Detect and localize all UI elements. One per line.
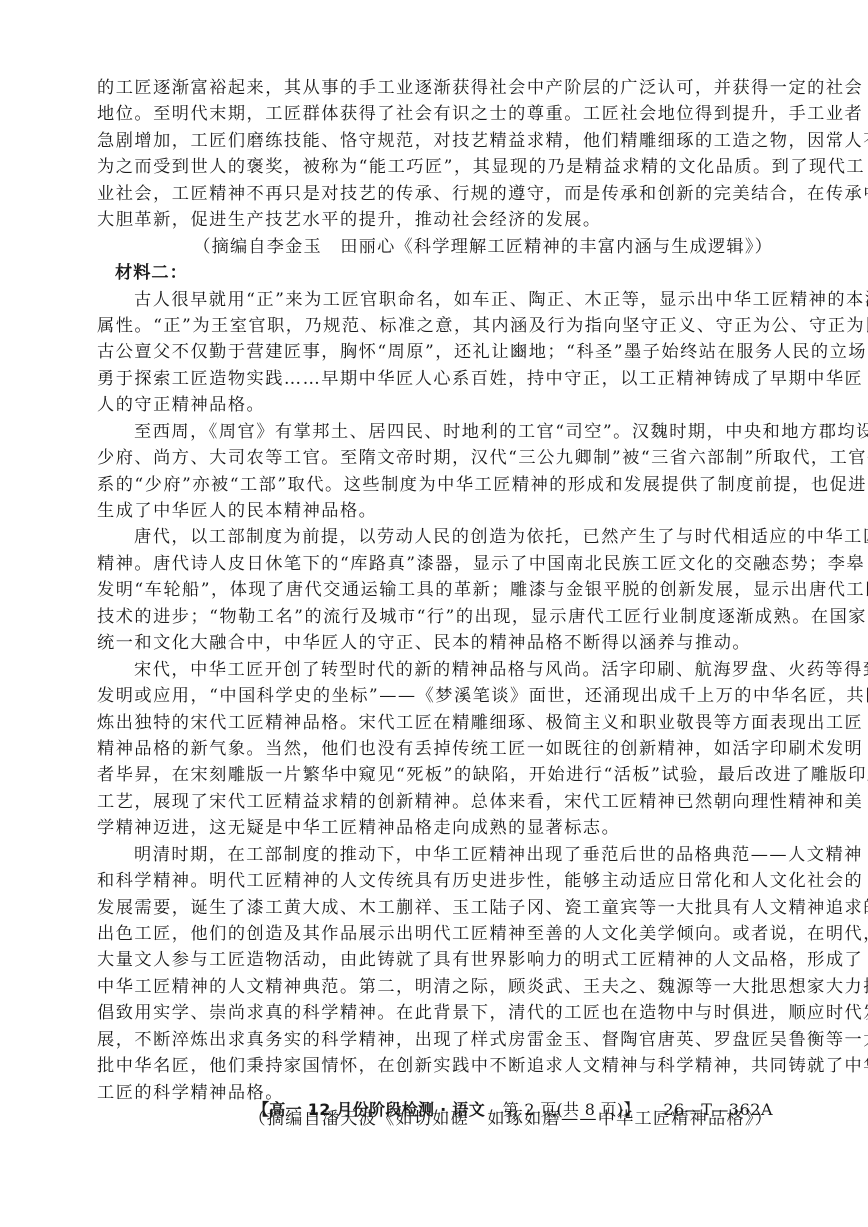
- text-line: 生成了中华匠人的民本精神品格。: [97, 498, 773, 524]
- text-line: 属性。“正”为王室官职，乃规范、标准之意，其内涵及行为指向坚守正义、守正为公、守…: [97, 313, 773, 339]
- text-line: 发展需要，诞生了漆工黄大成、木工蒯祥、玉工陆子冈、瓷工童宾等一大批具有人文精神追…: [97, 895, 773, 921]
- text-line: 地位。至明代末期，工匠群体获得了社会有识之士的尊重。工匠社会地位得到提升，手工业…: [97, 101, 773, 127]
- text-line: 和科学精神。明代工匠精神的人文传统具有历史进步性，能够主动适应日常化和人文化社会…: [97, 868, 773, 894]
- text-line: 古公亶父不仅勤于营建匠事，胸怀“周原”，还礼让豳地；“科圣”墨子始终站在服务人民…: [97, 339, 773, 365]
- source-attribution: （摘编自李金玉 田丽心《科学理解工匠精神的丰富内涵与生成逻辑》）: [97, 234, 773, 260]
- text-line: 勇于探索工匠造物实践……早期中华匠人心系百姓，持中守正，以工正精神铸成了早期中华…: [97, 366, 773, 392]
- paragraph: 明清时期，在工部制度的推动下，中华工匠精神出现了垂范后世的品格典范——人文精神 …: [97, 842, 773, 1106]
- text-line: 人的守正精神品格。: [97, 392, 773, 418]
- material-two: 材料二： 古人很早就用“正”来为工匠官职命名，如车正、陶正、木正等，显示出中华工…: [97, 260, 773, 1132]
- text-line: 系的“少府”亦被“工部”取代。这些制度为中华工匠精神的形成和发展提供了制度前提，…: [97, 472, 773, 498]
- text-line: 统一和文化大融合中，中华匠人的守正、民本的精神品格不断得以涵养与推动。: [97, 630, 773, 656]
- text-line: 出色工匠，他们的创造及其作品展示出明代工匠精神至善的人文化美学倾向。或者说，在明…: [97, 921, 773, 947]
- page-footer: 【高一 12 月份阶段检测 · 语文 第 2 页(共 8 页)】 26—T—36…: [253, 1097, 773, 1123]
- text-line: 大胆革新，促进生产技艺水平的提升，推动社会经济的发展。: [97, 207, 773, 233]
- text-line: 宋代，中华工匠开创了转型时代的新的精神品格与风尚。活字印刷、航海罗盘、火药等得到: [97, 657, 773, 683]
- text-line: 业社会，工匠精神不再只是对技艺的传承、行规的遵守，而是传承和创新的完美结合，在传…: [97, 181, 773, 207]
- text-line: 批中华名匠，他们秉持家国情怀，在创新实践中不断追求人文精神与科学精神，共同铸就了…: [97, 1053, 773, 1079]
- text-line: 工艺，展现了宋代工匠精益求精的创新精神。总体来看，宋代工匠精神已然朝向理性精神和…: [97, 789, 773, 815]
- text-line: 为之而受到世人的褒奖，被称为“能工巧匠”，其显现的乃是精益求精的文化品质。到了现…: [97, 154, 773, 180]
- text-line: 明清时期，在工部制度的推动下，中华工匠精神出现了垂范后世的品格典范——人文精神: [97, 842, 773, 868]
- text-line: 发明“车轮船”，体现了唐代交通运输工具的革新；雕漆与金银平脱的创新发展，显示出唐…: [97, 577, 773, 603]
- text-line: 技术的进步；“物勒工名”的流行及城市“行”的出现，显示唐代工匠行业制度逐渐成熟。…: [97, 604, 773, 630]
- text-line: 炼出独特的宋代工匠精神品格。宋代工匠在精雕细琢、极简主义和职业敬畏等方面表现出工…: [97, 710, 773, 736]
- exam-info: 【高一 12 月份阶段检测 · 语文 第 2 页(共 8 页)】: [253, 1097, 640, 1123]
- text-line: 急剧增加，工匠们磨练技能、恪守规范，对技艺精益求精，他们精雕细琢的工造之物，因常…: [97, 128, 773, 154]
- paragraph: 至西周，《周官》有掌邦土、居四民、时地利的工官“司空”。汉魏时期，中央和地方郡均…: [97, 419, 773, 525]
- document-page: 的工匠逐渐富裕起来，其从事的手工业逐渐获得社会中产阶层的广泛认可，并获得一定的社…: [97, 75, 773, 1133]
- material-one-tail: 的工匠逐渐富裕起来，其从事的手工业逐渐获得社会中产阶层的广泛认可，并获得一定的社…: [97, 75, 773, 260]
- text-line: 倡致用实学、崇尚求真的科学精神。在此背景下，清代的工匠也在造物中与时俱进，顺应时…: [97, 1000, 773, 1026]
- text-line: 展，不断淬炼出求真务实的科学精神，出现了样式房雷金玉、督陶官唐英、罗盘匠吴鲁衡等…: [97, 1027, 773, 1053]
- section-heading: 材料二：: [97, 260, 773, 286]
- text-line: 少府、尚方、大司农等工官。至隋文帝时期，汉代“三公九卿制”被“三省六部制”所取代…: [97, 445, 773, 471]
- text-line: 至西周，《周官》有掌邦土、居四民、时地利的工官“司空”。汉魏时期，中央和地方郡均…: [97, 419, 773, 445]
- paragraph: 宋代，中华工匠开创了转型时代的新的精神品格与风尚。活字印刷、航海罗盘、火药等得到…: [97, 657, 773, 842]
- text-line: 的工匠逐渐富裕起来，其从事的手工业逐渐获得社会中产阶层的广泛认可，并获得一定的社…: [97, 75, 773, 101]
- page-number: 第 2 页(共 8 页)】: [503, 1100, 640, 1119]
- text-line: 精神品格的新气象。当然，他们也没有丢掉传统工匠一如既往的创新精神，如活字印刷术发…: [97, 736, 773, 762]
- text-line: 古人很早就用“正”来为工匠官职命名，如车正、陶正、木正等，显示出中华工匠精神的本…: [97, 287, 773, 313]
- paragraph: 唐代，以工部制度为前提，以劳动人民的创造为依托，已然产生了与时代相适应的中华工匠…: [97, 524, 773, 656]
- text-line: 中华工匠精神的人文精神典范。第二，明清之际，顾炎武、王夫之、魏源等一大批思想家大…: [97, 974, 773, 1000]
- paragraph: 古人很早就用“正”来为工匠官职命名，如车正、陶正、木正等，显示出中华工匠精神的本…: [97, 287, 773, 419]
- text-line: 唐代，以工部制度为前提，以劳动人民的创造为依托，已然产生了与时代相适应的中华工匠: [97, 524, 773, 550]
- text-line: 大量文人参与工匠造物活动，由此铸就了具有世界影响力的明式工匠精神的人文品格，形成…: [97, 947, 773, 973]
- paper-code: 26—T—362A: [663, 1097, 773, 1123]
- text-line: 学精神迈进，这无疑是中华工匠精神品格走向成熟的显著标志。: [97, 815, 773, 841]
- text-line: 发明或应用，“中国科学史的坐标”——《梦溪笔谈》面世，还涌现出成千上万的中华名匠…: [97, 683, 773, 709]
- text-line: 者毕昇，在宋刻雕版一片繁华中窥见“死板”的缺陷，开始进行“活板”试验，最后改进了…: [97, 762, 773, 788]
- text-line: 精神。唐代诗人皮日休笔下的“库路真”漆器，显示了中国南北民族工匠文化的交融态势；…: [97, 551, 773, 577]
- exam-label: 【高一 12 月份阶段检测 · 语文: [253, 1100, 485, 1119]
